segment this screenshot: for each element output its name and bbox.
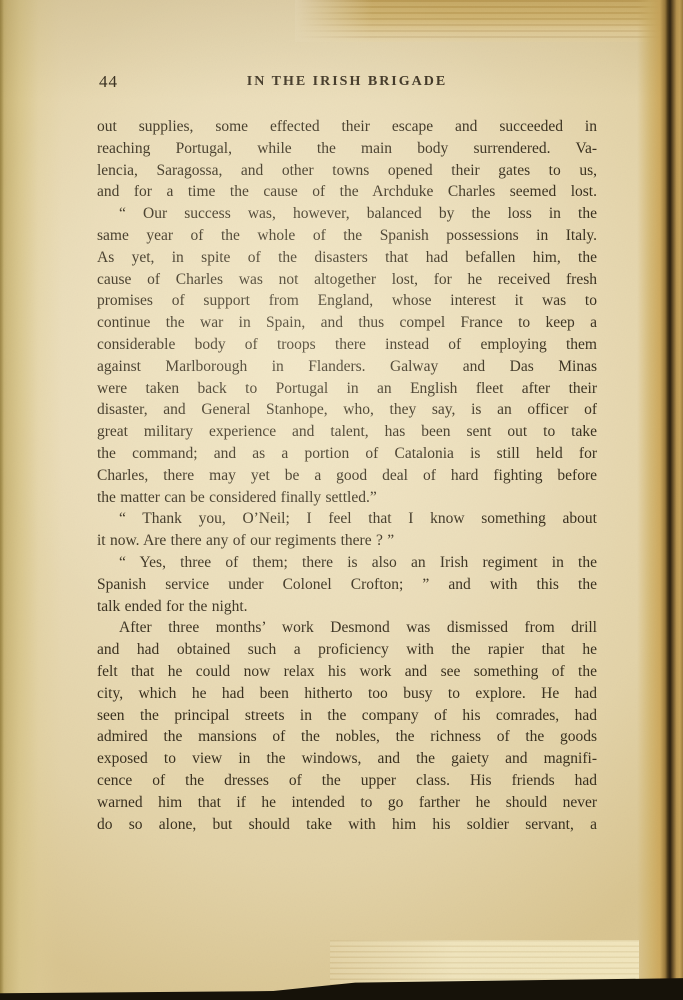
text-line: city, which he had been hitherto too bus… <box>97 683 597 705</box>
page-number: 44 <box>99 72 118 92</box>
book-top-page-edges <box>295 0 683 42</box>
text-line: reaching Portugal, while the main body s… <box>97 138 597 160</box>
text-line: against Marlborough in Flanders. Galway … <box>97 356 597 378</box>
text-line: out supplies, some effected their escape… <box>97 116 597 138</box>
running-head: 44 IN THE IRISH BRIGADE <box>97 72 597 94</box>
text-line: disaster, and General Stanhope, who, the… <box>97 399 597 421</box>
text-line: do so alone, but should take with him hi… <box>97 814 597 836</box>
text-line: “ Thank you, O’Neil; I feel that I know … <box>97 508 597 530</box>
text-line: admired the mansions of the nobles, the … <box>97 726 597 748</box>
page-text: out supplies, some effected their escape… <box>97 116 597 835</box>
text-line: Spanish service under Colonel Crofton; ”… <box>97 574 597 596</box>
text-line: and for a time the cause of the Archduke… <box>97 181 597 203</box>
text-line: After three months’ work Desmond was dis… <box>97 617 597 639</box>
text-line: Charles, there may yet be a good deal of… <box>97 465 597 487</box>
text-line: great military experience and talent, ha… <box>97 421 597 443</box>
book-bottom-page-edges <box>330 940 639 988</box>
page-left-edge <box>0 0 4 1000</box>
text-line: the matter can be considered finally set… <box>97 487 597 509</box>
text-line: exposed to view in the windows, and the … <box>97 748 597 770</box>
text-line: warned him that if he intended to go far… <box>97 792 597 814</box>
text-line: same year of the whole of the Spanish po… <box>97 225 597 247</box>
text-line: “ Yes, three of them; there is also an I… <box>97 552 597 574</box>
text-line: felt that he could now relax his work an… <box>97 661 597 683</box>
text-line: were taken back to Portugal in an Englis… <box>97 378 597 400</box>
text-line: and had obtained such a proficiency with… <box>97 639 597 661</box>
text-line: lencia, Saragossa, and other towns opene… <box>97 160 597 182</box>
bottom-shadow <box>0 972 683 1000</box>
text-line: cause of Charles was not altogether lost… <box>97 269 597 291</box>
text-line: cence of the dresses of the upper class.… <box>97 770 597 792</box>
text-line: promises of support from England, whose … <box>97 290 597 312</box>
page-gutter-shadow <box>0 0 62 1000</box>
book-scan: 44 IN THE IRISH BRIGADE out supplies, so… <box>0 0 683 1000</box>
text-line: “ Our success was, however, balanced by … <box>97 203 597 225</box>
text-line: talk ended for the night. <box>97 596 597 618</box>
text-line: continue the war in Spain, and thus comp… <box>97 312 597 334</box>
text-line: considerable body of troops there instea… <box>97 334 597 356</box>
text-line: it now. Are there any of our regiments t… <box>97 530 597 552</box>
text-line: seen the principal streets in the compan… <box>97 705 597 727</box>
text-line: As yet, in spite of the disasters that h… <box>97 247 597 269</box>
text-line: the command; and as a portion of Catalon… <box>97 443 597 465</box>
book-cover-edge <box>0 992 314 998</box>
running-header-title: IN THE IRISH BRIGADE <box>247 74 447 89</box>
book-fore-edge <box>637 0 683 1000</box>
